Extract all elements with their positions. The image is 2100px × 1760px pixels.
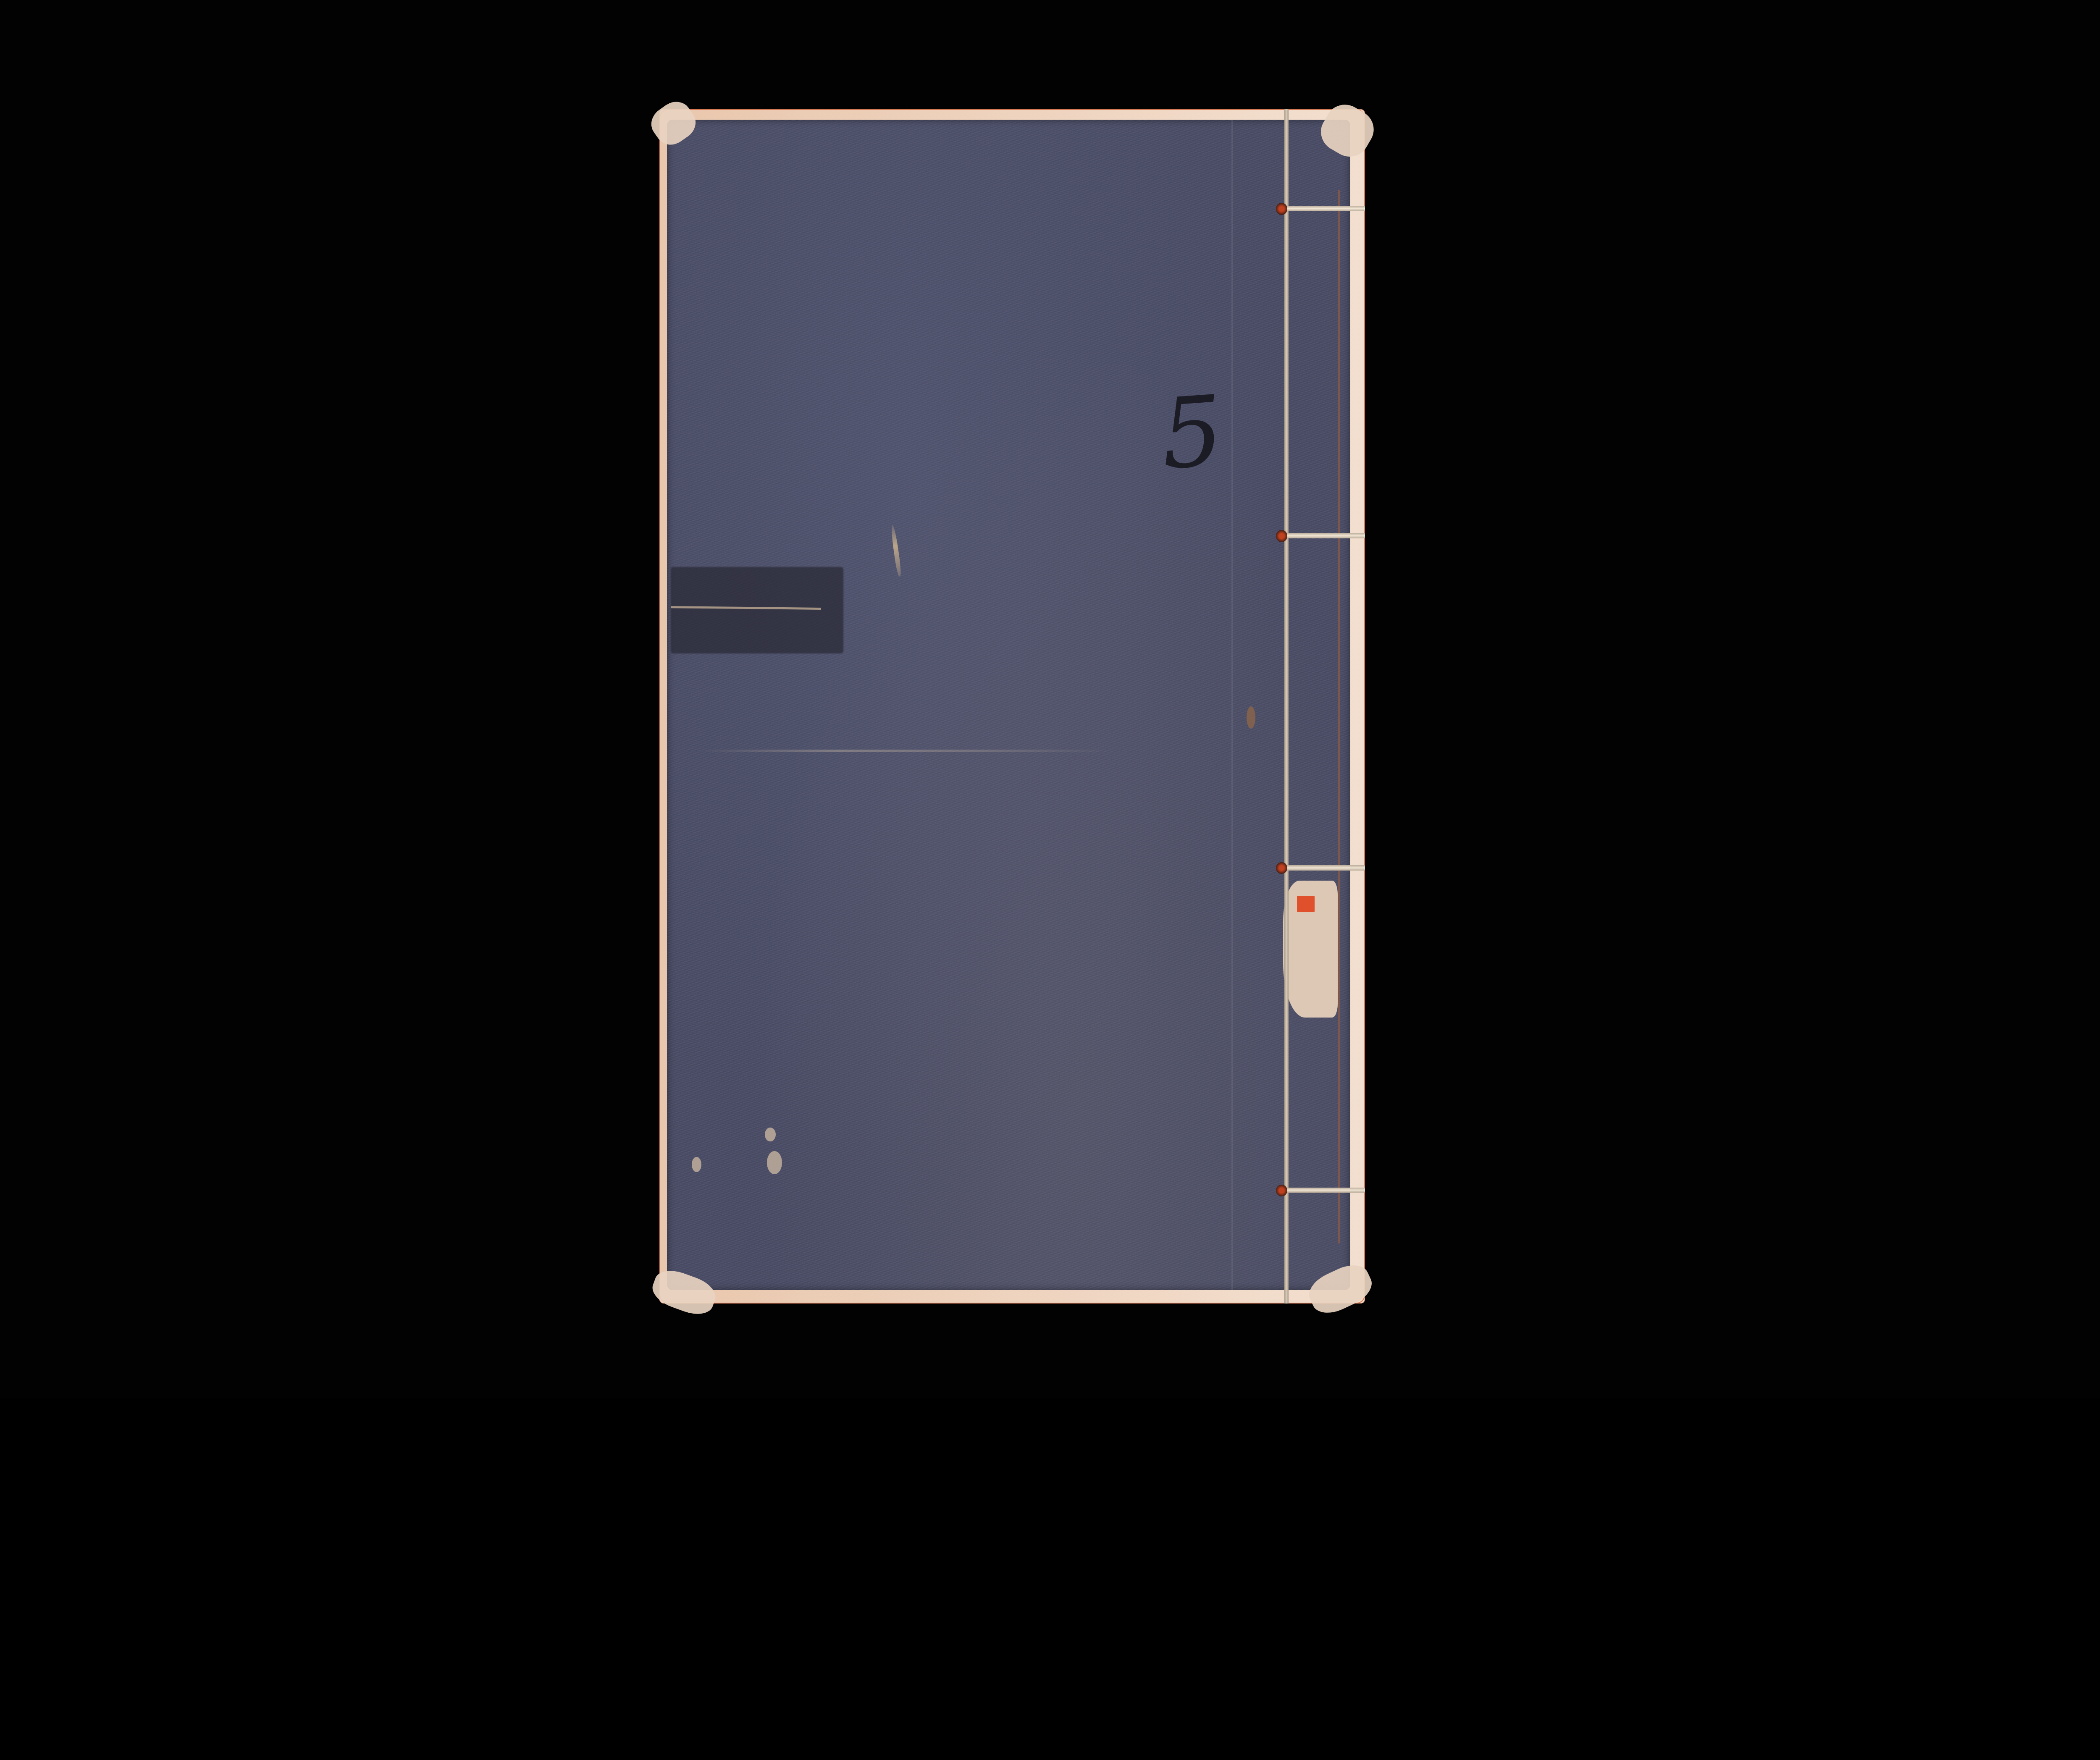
spine-edge <box>1338 190 1340 1243</box>
title-slip-stain <box>671 567 843 653</box>
stitch-hole <box>1276 862 1287 874</box>
wear-spot <box>767 1151 782 1175</box>
wear-spot <box>692 1157 701 1172</box>
red-paper-fragment <box>1297 896 1315 912</box>
wear-spot <box>765 1128 776 1141</box>
stitch-hole <box>1276 530 1287 542</box>
binding-thread-stitch <box>1278 1188 1365 1193</box>
stain-spot <box>1247 706 1255 729</box>
binding-thread-vertical <box>1284 109 1288 1304</box>
cover-crease <box>701 750 1111 752</box>
binding-thread-stitch <box>1278 533 1365 538</box>
binding-thread-stitch <box>1278 206 1365 211</box>
handwritten-number: 5 <box>1158 384 1210 457</box>
binding-thread-stitch <box>1278 865 1365 871</box>
spine-fold-line <box>1231 120 1233 1290</box>
cover-scratch <box>890 525 902 576</box>
book: 5 <box>659 109 1365 1304</box>
stitch-hole <box>1276 1185 1287 1196</box>
stitch-hole <box>1276 203 1287 215</box>
book-cover: 5 <box>667 120 1350 1290</box>
photo-scene: 5 Antique thread-bound book, front cover <box>0 0 2100 1398</box>
